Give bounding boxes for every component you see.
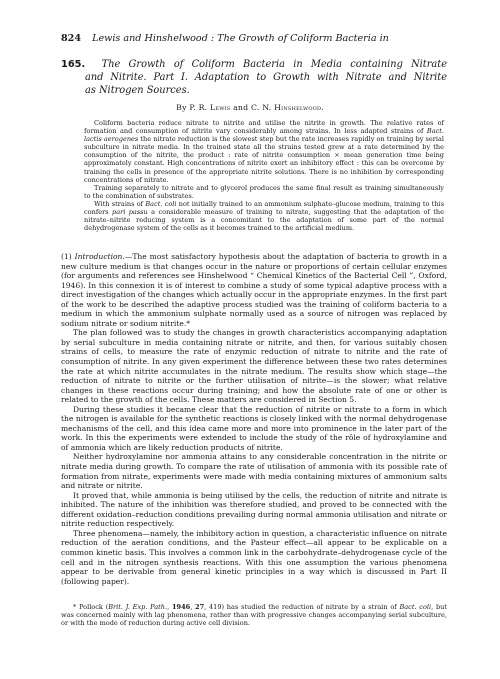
page-number: 824	[61, 33, 81, 44]
body-text: (1) Introduction.—The most satisfactory …	[61, 252, 447, 586]
title-line-2: and Nitrite. Part I. Adaptation to Growt…	[61, 71, 447, 84]
section-heading: Introduction.	[75, 252, 125, 261]
body-paragraph: Three phenomena—namely, the inhibitory a…	[61, 529, 447, 586]
body-paragraph: During these studies it became clear tha…	[61, 405, 447, 453]
author-1: Lewis	[210, 103, 230, 112]
body-paragraph-introduction: (1) Introduction.—The most satisfactory …	[61, 252, 447, 328]
running-head: 824 Lewis and Hinshelwood : The Growth o…	[61, 33, 389, 44]
footnote: * Pollock (Brit. J. Exp. Path., 1946, 27…	[61, 604, 447, 627]
body-paragraph: The plan followed was to study the chang…	[61, 328, 447, 404]
journal-page: 824 Lewis and Hinshelwood : The Growth o…	[0, 0, 500, 679]
abstract: Coliform bacteria reduce nitrate to nitr…	[84, 119, 444, 232]
title-line-1: 165. The Growth of Coliform Bacteria in …	[61, 58, 447, 71]
abstract-paragraph: With strains of Bact. coli not initially…	[84, 200, 444, 232]
body-paragraph: It proved that, while ammonia is being u…	[61, 491, 447, 529]
abstract-paragraph: Coliform bacteria reduce nitrate to nitr…	[84, 119, 444, 184]
author-2: Hinshelwood	[274, 103, 321, 112]
running-title: Lewis and Hinshelwood : The Growth of Co…	[92, 33, 389, 44]
abstract-paragraph: Training separately to nitrate and to gl…	[84, 184, 444, 200]
article-title: 165. The Growth of Coliform Bacteria in …	[61, 58, 447, 97]
body-paragraph: Neither hydroxylamine nor ammonia attain…	[61, 452, 447, 490]
title-line-3: as Nitrogen Sources.	[61, 84, 447, 97]
byline: By P. R. Lewis and C. N. Hinshelwood.	[0, 103, 500, 112]
article-number: 165.	[61, 59, 85, 70]
